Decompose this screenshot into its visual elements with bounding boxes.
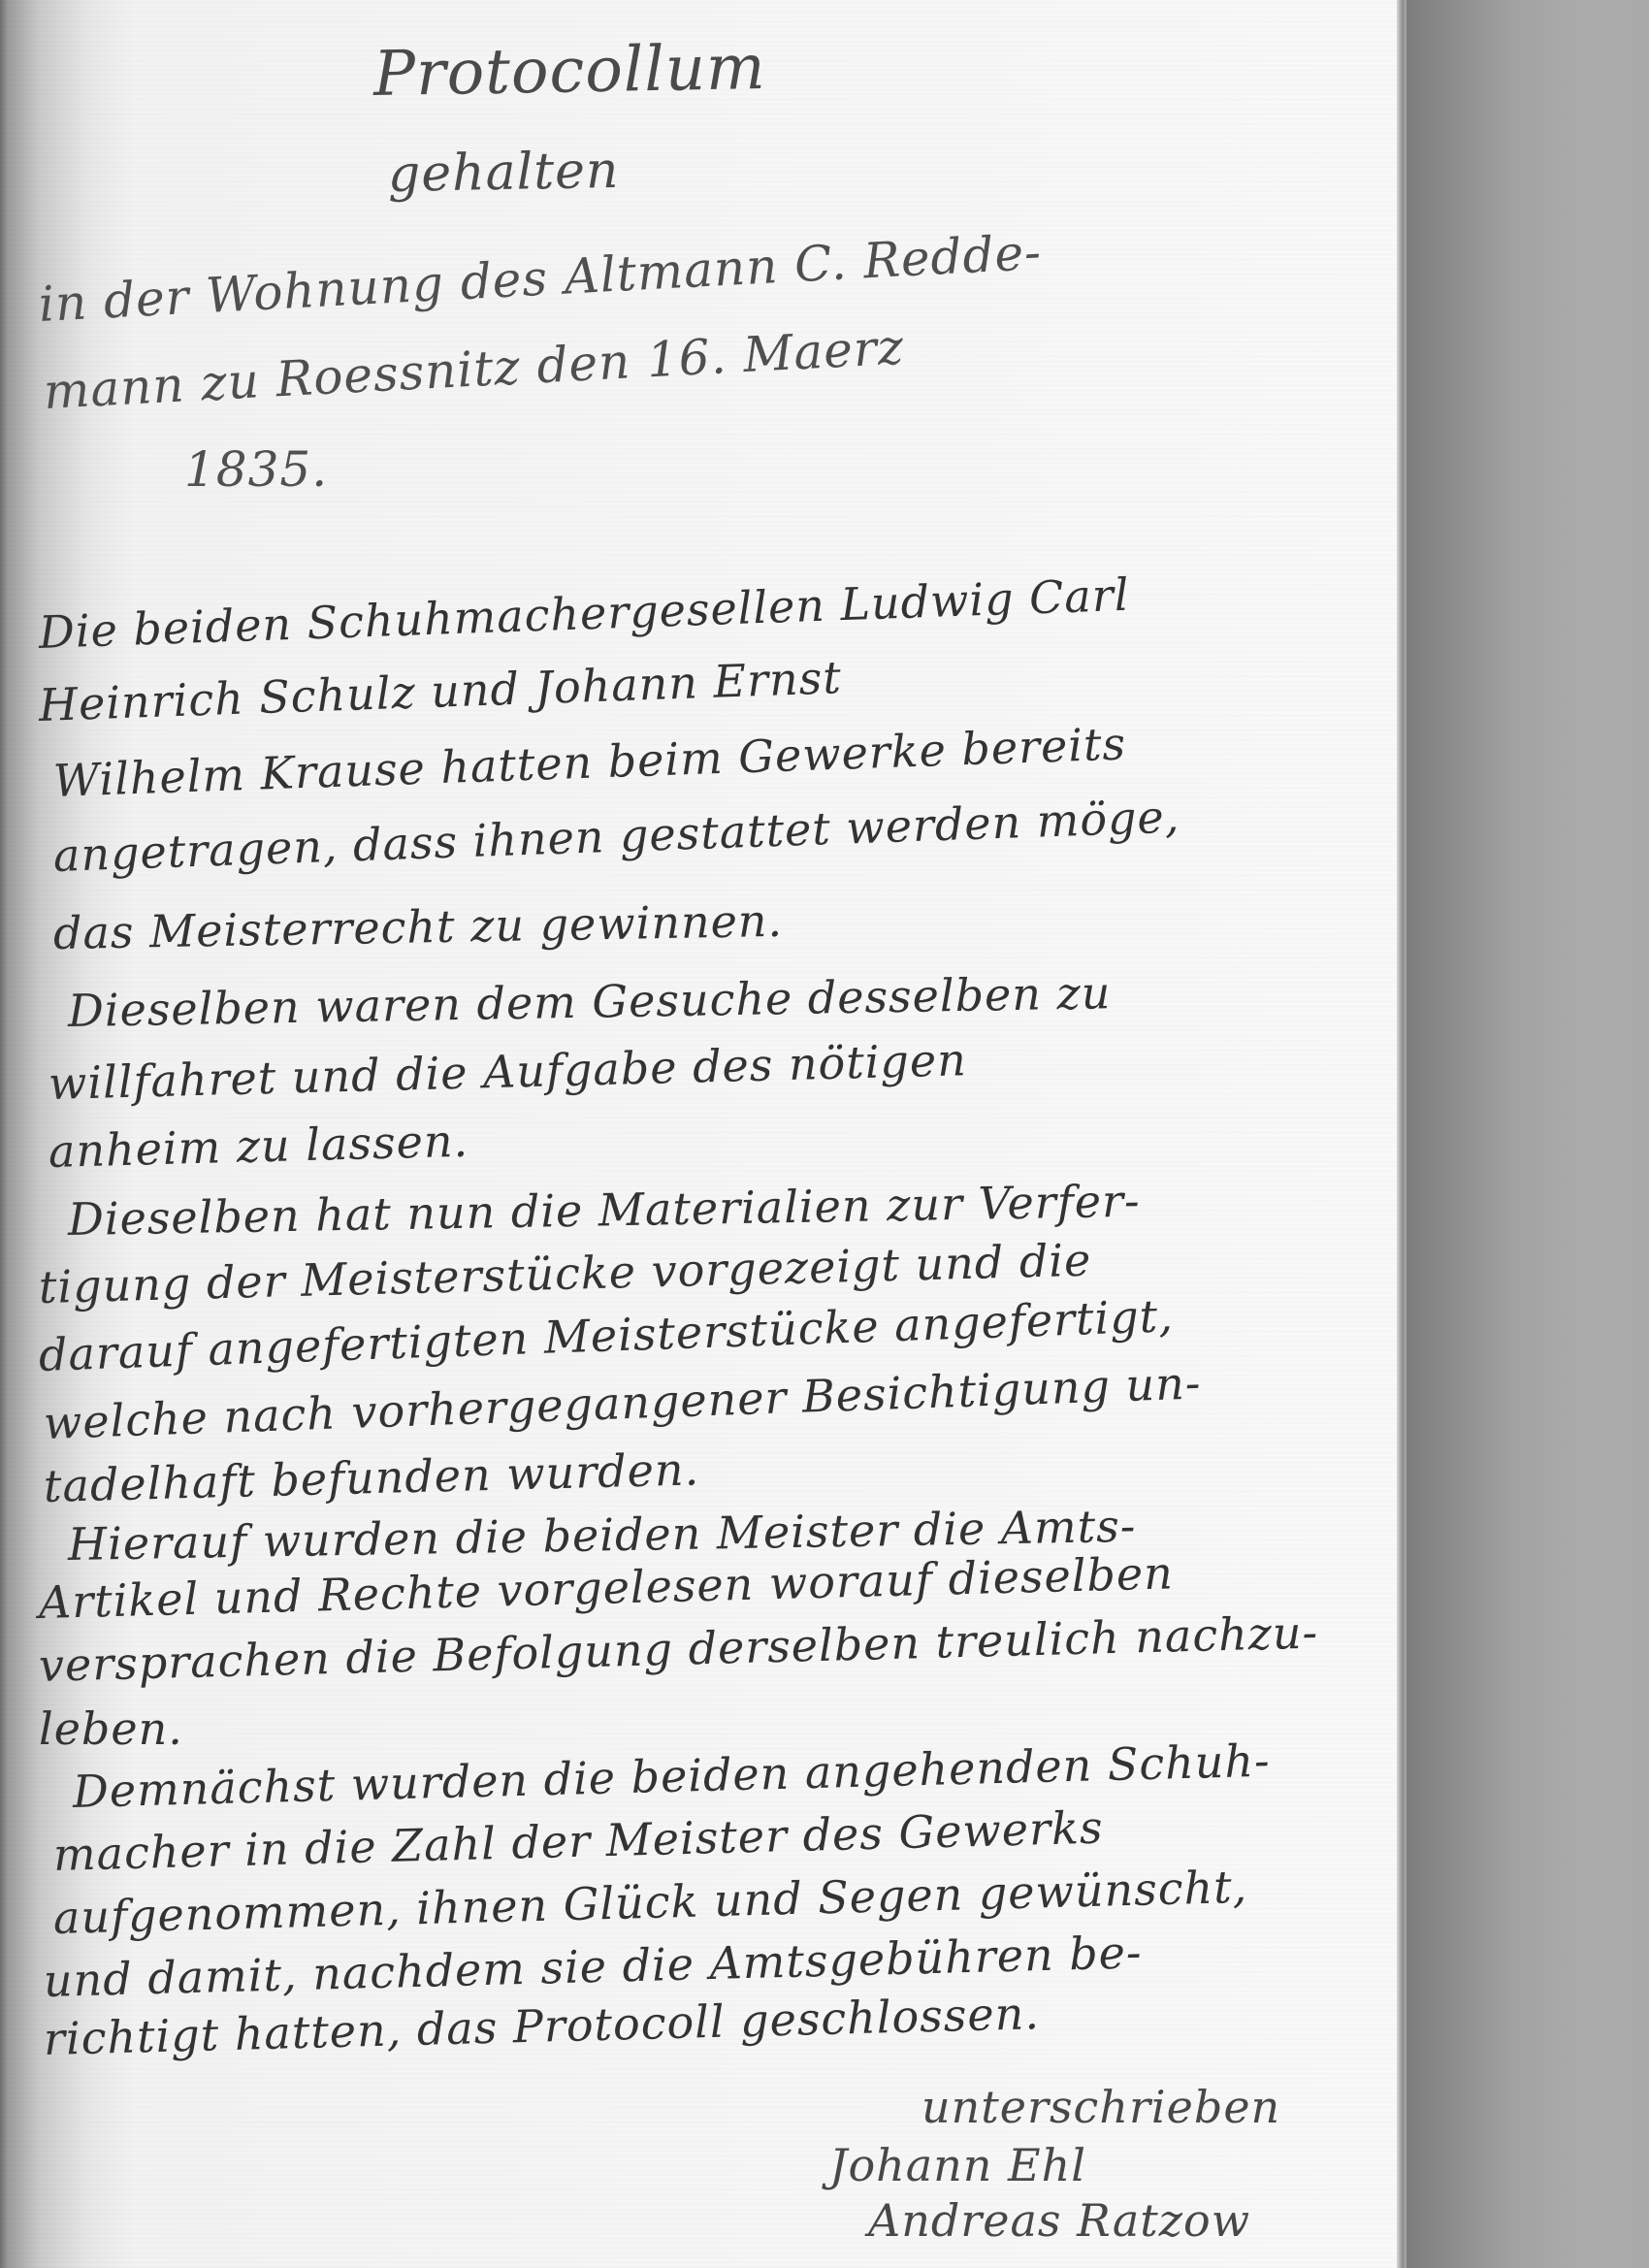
body-line: angetragen, dass ihnen gestattet werden …: [52, 790, 1180, 882]
header-line-2: mann zu Roessnitz den 16. Maerz: [42, 319, 905, 420]
body-line: Wilhelm Krause hatten beim Gewerke berei…: [52, 717, 1127, 807]
body-line: Dieselben hat nun die Materialien zur Ve…: [68, 1175, 1141, 1246]
signature-closing: unterschrieben: [921, 2081, 1280, 2133]
body-line: tadelhaft befunden wurden.: [43, 1442, 699, 1512]
body-line: leben.: [39, 1702, 183, 1755]
scan-shadow-area: [1406, 0, 1649, 2268]
document-title: Protocollum: [372, 32, 766, 111]
body-line: Dieselben waren dem Gesuche desselben zu: [68, 966, 1112, 1037]
manuscript-page: Protocollum gehalten in der Wohnung des …: [0, 0, 1406, 2268]
body-line: Die beiden Schuhmachergesellen Ludwig Ca…: [38, 568, 1130, 659]
body-line: Heinrich Schulz und Johann Ernst: [38, 651, 843, 731]
body-line: das Meisterrecht zu gewinnen.: [53, 894, 784, 959]
header-line-3: 1835.: [184, 441, 328, 498]
signature-name-1: Johann Ehl: [829, 2139, 1086, 2191]
body-line: willfahret und die Aufgabe des nötigen: [48, 1033, 967, 1110]
body-line: anheim zu lassen.: [48, 1115, 469, 1178]
header-line-1: in der Wohnung des Altmann C. Redde-: [37, 224, 1043, 333]
document-subtitle: gehalten: [387, 142, 619, 204]
signature-name-2: Andreas Ratzow: [868, 2194, 1250, 2247]
